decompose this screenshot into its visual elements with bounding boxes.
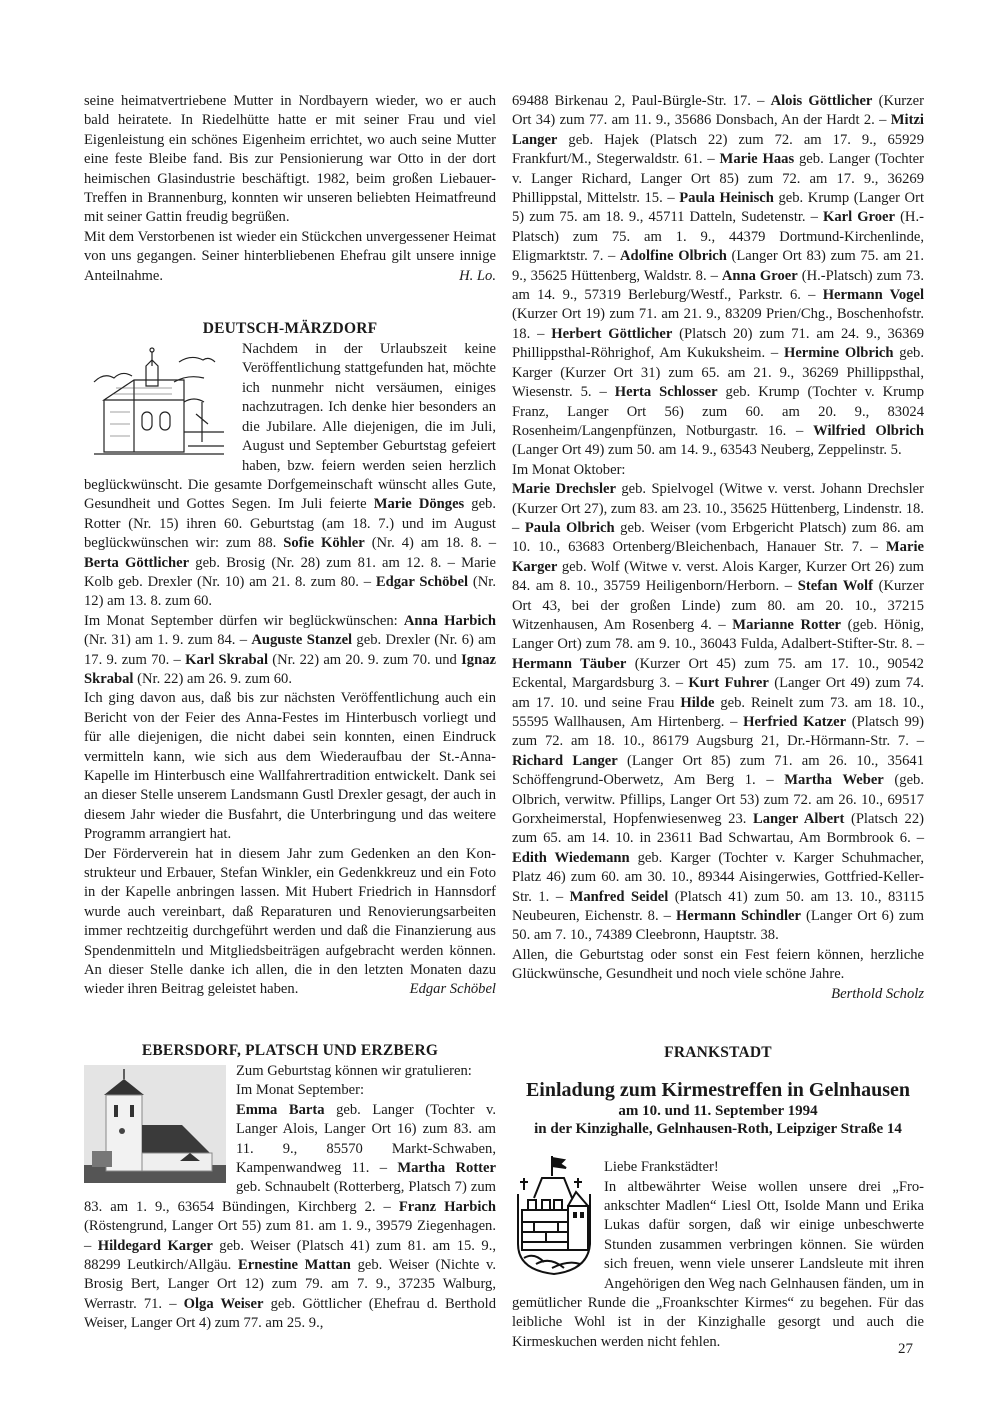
jubilar-name: Franz Har­bich (399, 1199, 496, 1215)
coat-of-arms-castle-icon (512, 1154, 594, 1278)
jubilar-name: Herbert Göttlicher (551, 326, 672, 342)
jubilar-name: Ernestine Mattan (238, 1257, 351, 1273)
jubilar-name: Hilde (680, 695, 714, 711)
jubilar-name: Hermine Olbrich (784, 345, 894, 361)
jubilar-name: Hildegard Karger (98, 1238, 213, 1254)
jubilar-name: Hermann Vogel (823, 287, 924, 303)
deutsch-maerzdorf-festival: Ich ging davon aus, daß bis zur nächsten… (84, 689, 496, 844)
right-column: 69488 Birkenau 2, Paul-Bürgle-Str. 17. –… (512, 92, 924, 1352)
jubilar-name: Hermann Täuber (512, 656, 626, 672)
jubilar-name: Hermann Schindler (676, 908, 801, 924)
invitation-date: am 10. und 11. September 1994 (512, 1102, 924, 1120)
jubilar-name: Paula Heinisch (679, 190, 774, 206)
jubilar-name: Edith Wiedemann (512, 850, 630, 866)
jubilar-name: Anna Groer (722, 268, 798, 284)
jubilar-name: Martha Rotter (397, 1160, 496, 1176)
section-heading-deutsch-maerzdorf: DEUTSCH-MÄRZDORF (84, 318, 496, 340)
section-heading-ebersdorf: EBERSDORF, PLATSCH UND ERZBERG (84, 1040, 496, 1062)
berthold-scholz-signature: Berthold Scholz (512, 985, 924, 1004)
closing-wishes: Allen, die Geburtstag oder sonst ein Fes… (512, 946, 924, 985)
invitation-title: Einladung zum Kirmestreffen in Gelnhause… (512, 1078, 924, 1102)
deutsch-maerzdorf-verein: Der Förderverein hat in diesem Jahr zum … (84, 845, 496, 1000)
jubilar-name: Kurt Fuhrer (688, 675, 768, 691)
jubilar-name: Alois Göttlicher (771, 93, 873, 109)
jubilar-name: Manfred Seidel (570, 889, 669, 905)
jubilar-name: Marianne Rotter (732, 617, 841, 633)
obituary-paragraph-2: Mit dem Verstorbenen ist wieder ein Stüc… (84, 228, 496, 286)
section-ebersdorf: EBERSDORF, PLATSCH UND ERZBERG Zum Gebur… (84, 1040, 496, 1334)
page-number: 27 (898, 1340, 913, 1359)
october-birthdays: Marie Drechsler geb. Spielvogel (Witwe v… (512, 480, 924, 946)
church-photo-icon (84, 1065, 226, 1183)
jubilar-name: Paula Olbrich (525, 520, 615, 536)
jubilar-name: Herfried Katzer (743, 714, 846, 730)
obituary-signature: H. Lo. (459, 267, 496, 286)
jubilar-name: Berta Göttlicher (84, 555, 189, 571)
jubilar-name: Marie Dönges (374, 496, 465, 512)
deutsch-maerzdorf-signature: Edgar Schöbel (410, 980, 496, 999)
chapel-drawing-icon (84, 342, 232, 462)
jubilar-name: Martha Weber (784, 772, 884, 788)
jubilar-name: Richard Lan­ger (512, 753, 618, 769)
jubilar-name: Karl Skrabal (185, 652, 268, 668)
jubilar-name: Marie Haas (720, 151, 795, 167)
jubilar-name: Stefan Wolf (798, 578, 873, 594)
left-column: seine heimatvertriebene Mutter in Nordba… (84, 92, 496, 1334)
section-heading-frankstadt: FRANKSTADT (512, 1042, 924, 1064)
jubilar-name: Marie Drechsler (512, 481, 616, 497)
jubilar-name: Olga Weiser (184, 1296, 264, 1312)
month-october-label: Im Monat Oktober: (512, 461, 924, 480)
jubilar-name: Adolfine Olbrich (620, 248, 727, 264)
section-frankstadt: FRANKSTADT Einladung zum Kirmestreffen i… (512, 1042, 924, 1352)
jubilar-name: Langer Albert (753, 811, 844, 827)
jubilar-name: Her­ta Schlosser (615, 384, 718, 400)
invitation-location: in der Kinzighalle, Gelnhausen-Roth, Lei… (512, 1120, 924, 1138)
obituary-paragraph-1: seine heimatvertriebene Mutter in Nordba… (84, 92, 496, 228)
jubilar-name: Sofie Köhler (283, 535, 365, 551)
jubilar-name: Karl Groer (823, 209, 895, 225)
frankstadt-body-wrapper: Liebe Frankstädter! In altbewährter Weis… (512, 1158, 924, 1352)
section-deutsch-maerzdorf: DEUTSCH-MÄRZDORF (84, 318, 496, 1000)
jubilar-name: Auguste Stanzel (251, 632, 352, 648)
jubilar-name: Edgar Schöbel (376, 574, 468, 590)
jubilar-name: Emma Barta (236, 1102, 325, 1118)
september-birthdays-continued: 69488 Birkenau 2, Paul-Bürgle-Str. 17. –… (512, 92, 924, 461)
jubilar-name: Anna Har­bich (404, 613, 496, 629)
deutsch-maerzdorf-september: Im Monat September dürfen wir beglückwün… (84, 612, 496, 690)
jubilar-name: Wilfried Olbrich (813, 423, 924, 439)
